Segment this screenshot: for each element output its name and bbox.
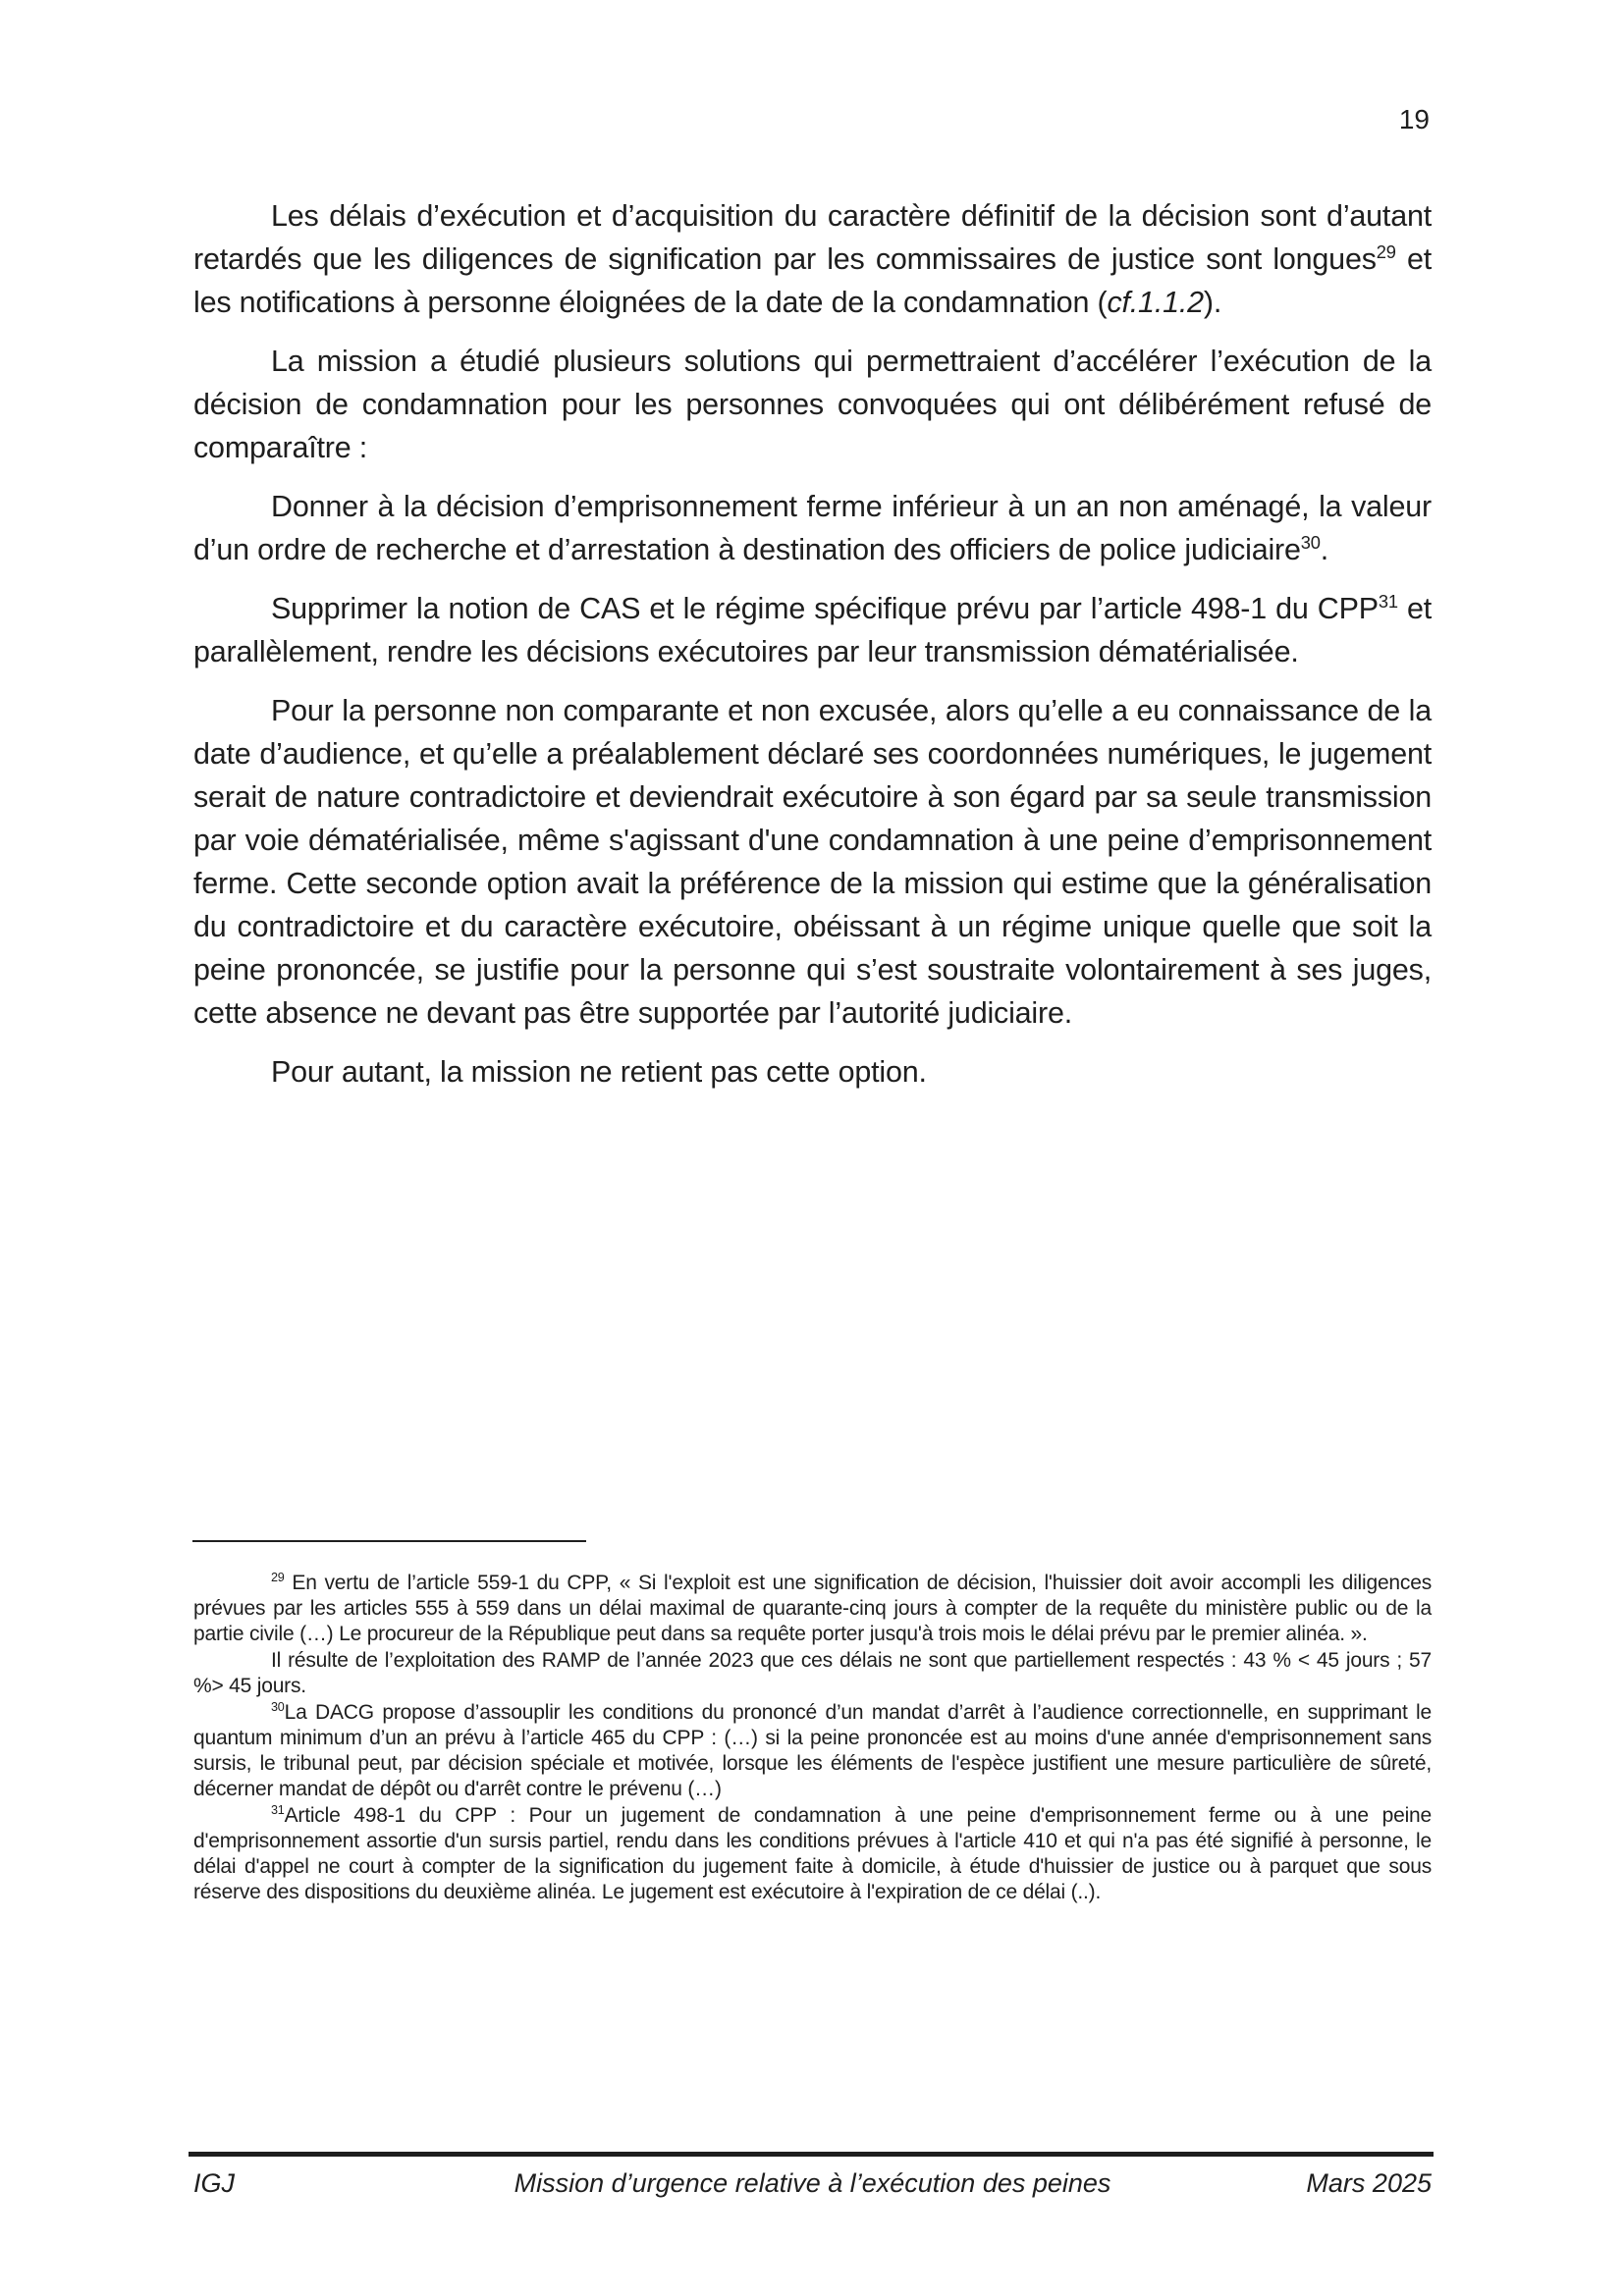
footnote-ref-31[interactable]: 31	[1379, 591, 1398, 612]
paragraph-text: Donner à la décision d’emprisonnement fe…	[193, 490, 1432, 566]
footnote-31: 31Article 498-1 du CPP : Pour un jugemen…	[193, 1803, 1432, 1905]
footnote-30: 30La DACG propose d’assouplir les condit…	[193, 1700, 1432, 1802]
paragraph-text: .	[1321, 533, 1328, 566]
footnote-text: Article 498-1 du CPP : Pour un jugement …	[193, 1804, 1432, 1903]
footnote-text: Il résulte de l’exploitation des RAMP de…	[193, 1649, 1432, 1697]
footnote-separator	[192, 1540, 586, 1542]
page-footer: IGJ Mission d’urgence relative à l’exécu…	[193, 2167, 1432, 2199]
main-body: Les délais d’exécution et d’acquisition …	[193, 194, 1432, 1109]
paragraph-1: Les délais d’exécution et d’acquisition …	[193, 194, 1432, 324]
footer-document-title: Mission d’urgence relative à l’exécution…	[193, 2167, 1432, 2199]
footnote-marker: 31	[271, 1803, 285, 1817]
footnote-text: La DACG propose d’assouplir les conditio…	[193, 1701, 1432, 1800]
cross-reference: cf.1.1.2	[1107, 286, 1203, 319]
paragraph-text: Supprimer la notion de CAS et le régime …	[271, 592, 1379, 625]
footnote-text: En vertu de l’article 559-1 du CPP, « Si…	[193, 1572, 1432, 1645]
paragraph-text: ).	[1204, 286, 1221, 319]
page-number: 19	[1399, 104, 1430, 135]
paragraph-2: La mission a étudié plusieurs solutions …	[193, 340, 1432, 469]
footer-rule	[189, 2152, 1434, 2157]
paragraph-option-2: Supprimer la notion de CAS et le régime …	[193, 587, 1432, 673]
paragraph-conclusion: Pour autant, la mission ne retient pas c…	[193, 1050, 1432, 1094]
paragraph-text: Les délais d’exécution et d’acquisition …	[193, 199, 1432, 276]
footnote-ref-30[interactable]: 30	[1301, 532, 1321, 553]
footnote-marker: 29	[271, 1571, 285, 1584]
paragraph-option-1: Donner à la décision d’emprisonnement fe…	[193, 485, 1432, 571]
footnote-29-continued: Il résulte de l’exploitation des RAMP de…	[193, 1648, 1432, 1699]
footnote-marker: 30	[271, 1700, 285, 1714]
footnotes: 29 En vertu de l’article 559-1 du CPP, «…	[193, 1571, 1432, 1906]
footnote-ref-29[interactable]: 29	[1377, 241, 1396, 262]
footnote-29: 29 En vertu de l’article 559-1 du CPP, «…	[193, 1571, 1432, 1647]
paragraph-5: Pour la personne non comparante et non e…	[193, 689, 1432, 1035]
